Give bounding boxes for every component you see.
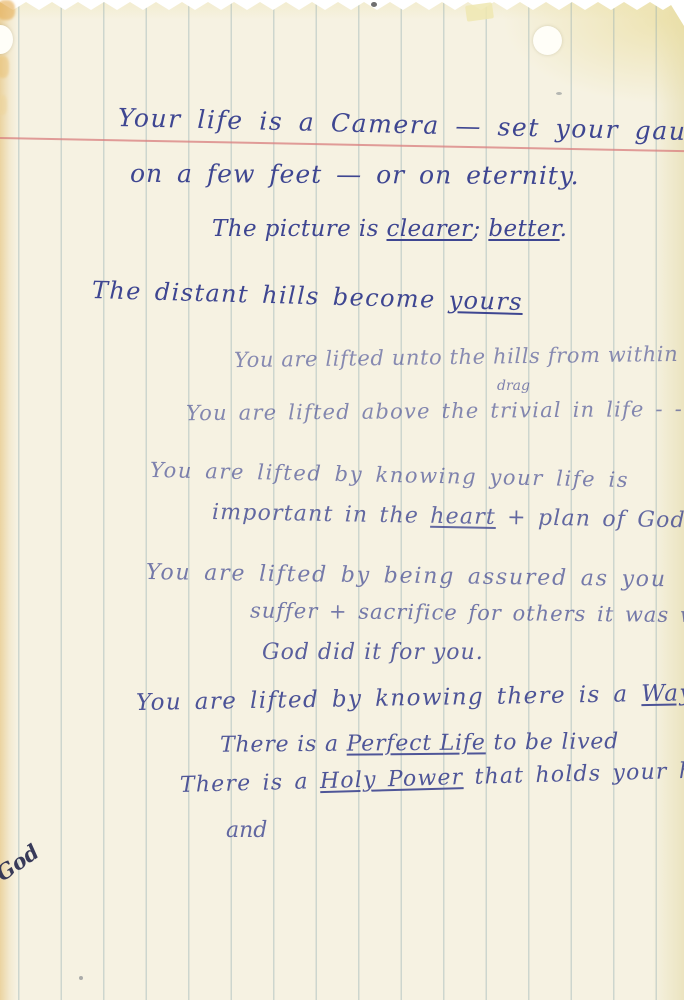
handwritten-line: You are lifted by knowing there is a Way	[136, 680, 684, 716]
underlined-word: Holy Power	[320, 765, 464, 794]
underlined-word: Perfect Life	[347, 730, 486, 756]
ink-speck	[371, 2, 377, 7]
line-text: You are lifted above the trivial in life…	[186, 397, 684, 426]
line-text: You are lifted by knowing there is a	[136, 681, 642, 716]
line-text: There is a	[220, 732, 347, 758]
line-text: The distant hills become	[92, 276, 449, 314]
torn-perforation-edge	[0, 0, 684, 12]
line-text: The picture is	[212, 216, 386, 242]
handwritten-line: You are lifted by being assured as you	[146, 560, 667, 592]
underlined-word: Way	[641, 680, 684, 707]
handwritten-line: You are lifted by knowing your life is	[150, 458, 630, 492]
line-text: .	[560, 216, 568, 242]
line-text: and	[226, 818, 267, 843]
page-corner-tear	[668, 0, 684, 26]
handwritten-line: important in the heart + plan of God	[212, 500, 684, 533]
line-text: You are lifted by being assured as you	[146, 560, 667, 592]
handwritten-line: on a few feet — or on eternity.	[130, 159, 580, 190]
edge-stain	[0, 95, 7, 115]
handwritten-line: suffer + sacrifice for others it was why	[250, 599, 684, 628]
tape-stain	[465, 2, 494, 22]
hole-punch	[533, 26, 562, 55]
line-text: suffer + sacrifice for others it was why	[250, 599, 684, 628]
line-text: ;	[472, 216, 488, 242]
line-text: drag	[497, 378, 530, 394]
line-text: You are lifted unto the hills from withi…	[234, 342, 679, 372]
line-text: on a few feet — or on eternity.	[130, 159, 580, 190]
ink-speck	[79, 976, 83, 980]
margin-note: God	[0, 839, 44, 886]
underlined-word: better	[488, 216, 559, 242]
hole-punch	[0, 25, 13, 54]
line-text: God did it for you.	[262, 640, 484, 665]
handwritten-line: God did it for you.	[262, 640, 484, 665]
handwritten-line: The distant hills become yours	[92, 276, 524, 316]
line-text: to be lived	[486, 729, 620, 755]
line-text: that holds your hand	[463, 757, 684, 790]
underlined-word: clearer	[386, 216, 472, 242]
handwritten-line: There is a Perfect Life to be lived	[220, 729, 619, 757]
ink-speck	[556, 92, 562, 95]
edge-stain	[0, 0, 15, 20]
handwritten-line: You are lifted above the trivial in life…	[186, 397, 684, 426]
scanned-page: Your life is a Camera — set your gauge o…	[0, 0, 684, 1000]
underlined-word: heart	[430, 504, 496, 530]
handwritten-line: There is a Holy Power that holds your ha…	[180, 757, 684, 798]
line-text: God	[0, 839, 44, 886]
line-text: + plan of God	[496, 505, 684, 533]
handwritten-line: You are lifted unto the hills from withi…	[234, 342, 679, 372]
inserted-word: drag	[497, 378, 530, 394]
handwritten-line: and	[226, 818, 267, 843]
handwritten-line: The picture is clearer; better.	[212, 216, 567, 242]
line-text: There is a	[180, 769, 321, 798]
edge-stain	[0, 56, 9, 78]
line-text: You are lifted by knowing your life is	[150, 458, 630, 492]
line-text: important in the	[212, 500, 431, 529]
underlined-word: yours	[448, 286, 523, 316]
